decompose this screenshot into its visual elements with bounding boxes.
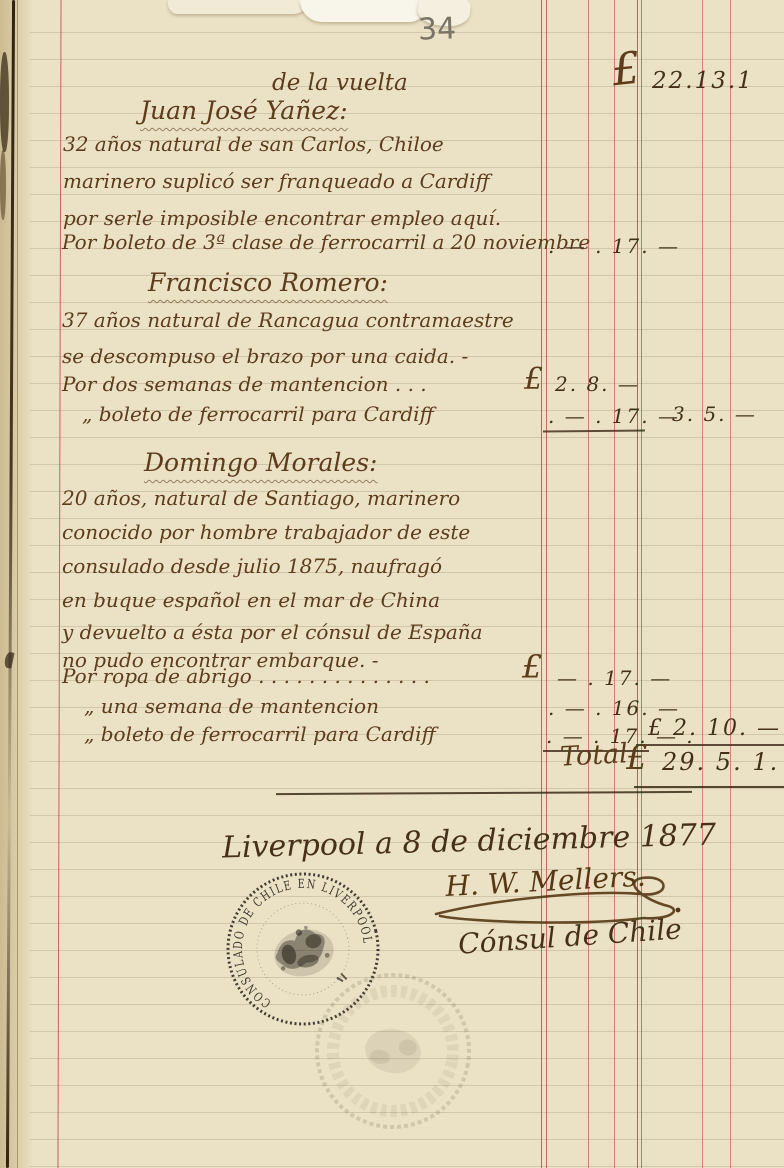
entry2-line2: se descompuso el brazo por una caida. - xyxy=(62,344,468,368)
entry3-line3: consulado desde julio 1875, naufragó xyxy=(62,554,442,578)
entry1-line3: por serle imposible encontrar empleo aqu… xyxy=(63,206,501,230)
subtotal-rule-entry2 xyxy=(543,430,645,433)
binding-shadow-blotch-2 xyxy=(0,150,6,220)
red-rule-col2 xyxy=(588,0,589,1168)
entry3-item1-pound-sign: £ xyxy=(522,648,542,686)
entry1-item1-amount-col1: . — . 17. — xyxy=(548,234,680,258)
entry3-item1-amount-col1: — . 17. — xyxy=(557,666,672,690)
entry2-item1-amount-col1: 2. 8. — xyxy=(555,372,640,396)
entry2-item1-text: Por dos semanas de mantencion . . . xyxy=(62,372,427,396)
page-number: 34 xyxy=(417,11,456,47)
ghost-stamp-emblem xyxy=(362,1024,425,1077)
entry3-line1: 20 años, natural de Santiago, marinero xyxy=(62,486,460,510)
red-rule-col4a xyxy=(637,0,638,1168)
subtotal-rule-col2 xyxy=(636,744,784,746)
total-pound-sign: £ xyxy=(626,738,648,778)
entry1-line1: 32 años natural de san Carlos, Chiloe xyxy=(63,132,444,156)
entry-name-juan-jose-yanez: Juan José Yañez: xyxy=(140,96,348,125)
entry3-item3-text: „ boleto de ferrocarril para Cardiff xyxy=(84,722,436,746)
entry-name-domingo-morales: Domingo Morales: xyxy=(144,448,377,477)
red-rule-col5 xyxy=(702,0,703,1168)
red-rule-col6 xyxy=(730,0,731,1168)
red-rule-col1b xyxy=(546,0,547,1168)
pound-sign-header: £ xyxy=(609,43,642,97)
ledger-page: 34 de la vuelta £ 22.13.1 Juan José Yañe… xyxy=(0,0,784,1168)
entry3-line5: y devuelto a ésta por el cónsul de Españ… xyxy=(62,620,483,644)
torn-paper-remnant xyxy=(168,0,308,14)
entry1-item1-text: Por boleto de 3ª clase de ferrocarril a … xyxy=(62,230,590,254)
closing-rule-short xyxy=(634,786,784,788)
entry1-line2: marinero suplicó ser franqueado a Cardif… xyxy=(63,169,490,193)
signature-text: H. W. Mellers. xyxy=(444,860,647,903)
red-rule-col1a xyxy=(541,0,542,1168)
entry3-item3-amount-col2: £ 2. 10. — xyxy=(648,716,781,741)
binding-shadow-blotch xyxy=(0,52,9,152)
torn-paper-remnant-2 xyxy=(300,0,425,22)
red-rule-margin xyxy=(57,0,61,1168)
ghost-stamp xyxy=(295,953,492,1150)
carry-forward-label: de la vuelta xyxy=(272,70,408,96)
page-edge-line-2 xyxy=(17,0,18,1168)
total-amount: 29. 5. 1. xyxy=(662,748,779,776)
closing-rule-long xyxy=(276,791,692,795)
red-rule-col3 xyxy=(614,0,615,1168)
carry-forward-amount: 22.13.1 xyxy=(652,68,754,94)
entry2-item2-amount-col1: . — . 17. — xyxy=(548,404,680,428)
entry3-line2: conocido por hombre trabajador de este xyxy=(62,520,470,544)
total-label: Total xyxy=(559,738,628,773)
entry-name-francisco-romero: Francisco Romero: xyxy=(148,268,388,297)
entry3-item1-text: Por ropa de abrigo . . . . . . . . . . .… xyxy=(62,664,430,688)
entry2-item2-text: „ boleto de ferrocarril para Cardiff xyxy=(82,402,434,426)
entry2-item1-pound-sign: £ xyxy=(524,362,543,397)
entry3-item2-text: „ una semana de mantencion xyxy=(84,694,379,718)
entry3-line4: en buque español en el mar de China xyxy=(62,588,440,612)
entry2-item2-amount-col2: 3. 5. — xyxy=(672,402,757,426)
entry2-line1: 37 años natural de Rancagua contramaestr… xyxy=(62,308,514,332)
red-rule-col4b xyxy=(641,0,642,1168)
